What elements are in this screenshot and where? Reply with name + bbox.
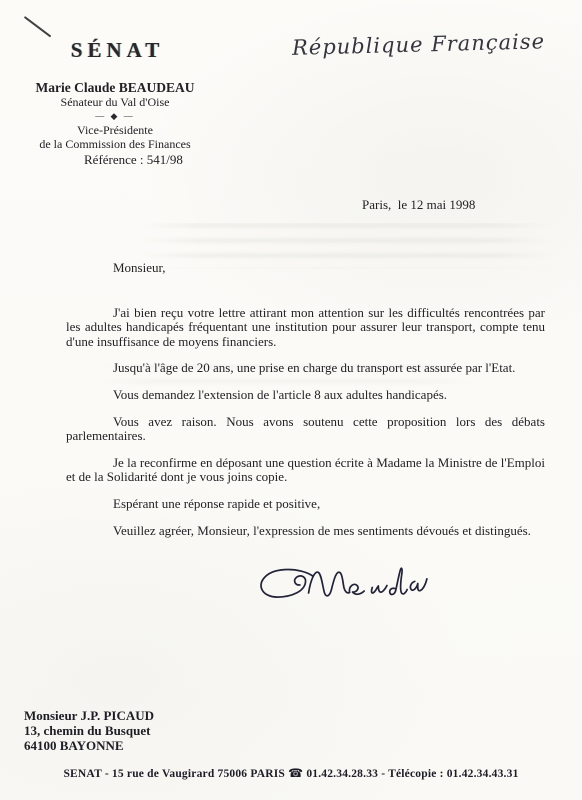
recipient-street: 13, chemin du Busquet bbox=[24, 723, 154, 738]
paragraph: Je la reconfirme en déposant une questio… bbox=[66, 456, 545, 485]
recipient-address-block: Monsieur J.P. PICAUD 13, chemin du Busqu… bbox=[24, 708, 154, 754]
date-place-line: Paris, le 12 mai 1998 bbox=[362, 197, 475, 213]
sender-role-line1: Vice-Présidente bbox=[22, 124, 208, 138]
paragraph: Espérant une réponse rapide et positive, bbox=[66, 497, 545, 512]
sender-name: Marie Claude BEAUDEAU bbox=[22, 80, 208, 95]
pen-mark-artifact bbox=[24, 16, 52, 38]
signature-beaudeau-icon bbox=[258, 565, 438, 613]
footer-address: SENAT - 15 rue de Vaugirard 75006 PARIS bbox=[63, 768, 285, 780]
sender-title: Sénateur du Val d'Oise bbox=[22, 95, 208, 109]
republique-francaise-script: République Française bbox=[292, 30, 513, 60]
recipient-city: 64100 BAYONNE bbox=[24, 738, 154, 753]
paragraph: Vous avez raison. Nous avons soutenu cet… bbox=[66, 415, 545, 444]
footer-separator: - bbox=[381, 768, 385, 780]
scanned-letter-page: SÉNAT Marie Claude BEAUDEAU Sénateur du … bbox=[0, 0, 582, 800]
footer-phone: 01.42.34.28.33 bbox=[306, 768, 378, 780]
salutation: Monsieur, bbox=[66, 261, 545, 276]
diamond-divider-icon: — ◆ — bbox=[22, 111, 208, 121]
footer-fax-label: Télécopie : bbox=[388, 768, 444, 780]
paragraph: Veuillez agréer, Monsieur, l'expression … bbox=[66, 524, 545, 539]
senat-logo: SÉNAT bbox=[22, 38, 208, 63]
phone-icon: ☎ bbox=[288, 766, 303, 780]
letter-body: Monsieur, J'ai bien reçu votre lettre at… bbox=[66, 261, 545, 550]
footer-fax: 01.42.34.43.31 bbox=[447, 768, 519, 780]
reference-number: Référence : 541/98 bbox=[84, 152, 183, 168]
paragraph: Jusqu'à l'âge de 20 ans, une prise en ch… bbox=[66, 361, 545, 376]
letterhead: SÉNAT Marie Claude BEAUDEAU Sénateur du … bbox=[22, 38, 208, 151]
footer-contact-line: SENAT - 15 rue de Vaugirard 75006 PARIS … bbox=[0, 766, 582, 780]
recipient-name: Monsieur J.P. PICAUD bbox=[24, 708, 154, 723]
paragraph: J'ai bien reçu votre lettre attirant mon… bbox=[66, 306, 545, 350]
sender-role-line2: de la Commission des Finances bbox=[22, 138, 208, 152]
paragraph: Vous demandez l'extension de l'article 8… bbox=[66, 388, 545, 403]
signature-handwriting bbox=[258, 565, 438, 613]
